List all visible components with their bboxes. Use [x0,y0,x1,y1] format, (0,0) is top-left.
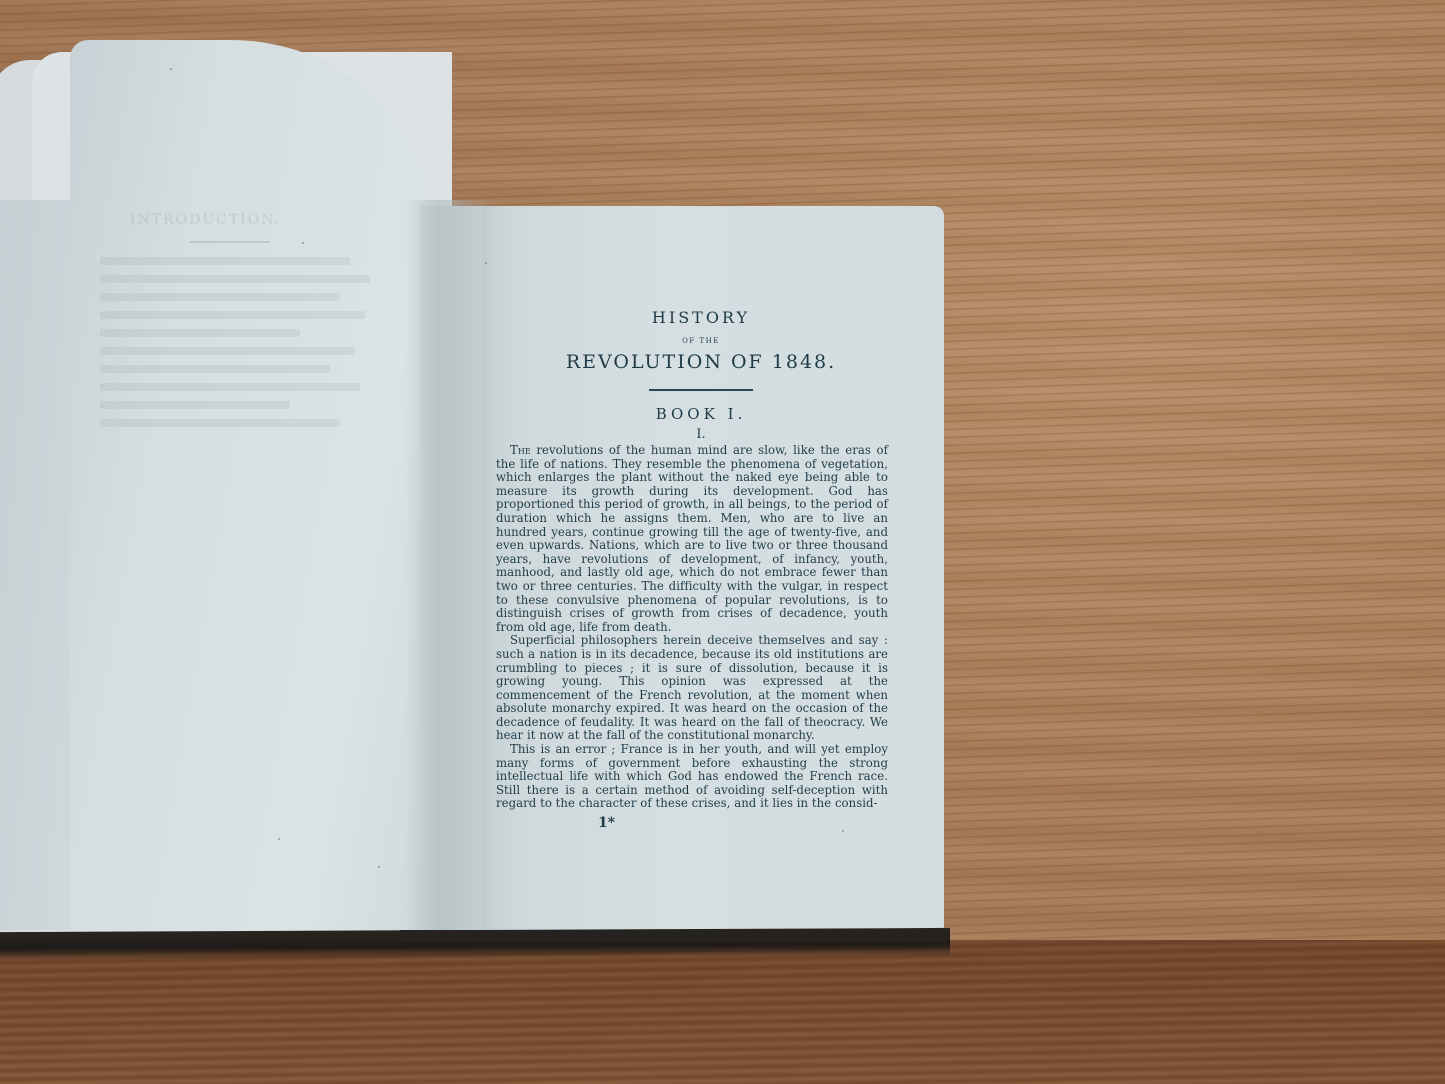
paragraph-1: The revolutions of the human mind are sl… [496,444,888,634]
title-main: REVOLUTION OF 1848. [514,351,888,373]
paper-speck [378,866,380,868]
ghost-heading: INTRODUCTION. [130,210,400,231]
paragraph-3: This is an error ; France is in her yout… [496,743,888,811]
ghost-line [100,329,300,337]
chapter-label: I. [514,427,888,442]
ghost-line [100,419,340,427]
right-page-content: HISTORY OF THE REVOLUTION OF 1848. BOOK … [496,308,888,831]
paper-speck [842,830,844,832]
page-folio: 1* [496,815,888,831]
ghost-line [100,347,355,355]
wood-table-surface [0,940,1445,1084]
title-connector: OF THE [514,337,888,345]
book-gutter-shadow [405,200,495,940]
ghost-line [100,383,360,391]
paragraph-2: Superficial philosophers herein deceive … [496,634,888,743]
paper-speck [302,242,304,244]
left-page-show-through-text: INTRODUCTION. [100,210,400,437]
paper-speck [278,838,280,840]
book-label: BOOK I. [514,405,888,423]
left-page-curled [70,40,430,930]
paper-speck [485,262,487,264]
ghost-line [100,293,340,301]
title-history: HISTORY [514,308,888,327]
ghost-line [100,257,350,265]
book-cover-edge [400,930,945,942]
ghost-line [100,275,370,283]
paragraph-text: revolutions of the human mind are slow, … [496,443,888,634]
ghost-line [100,401,290,409]
ghost-line [100,365,330,373]
title-divider [649,389,753,391]
ghost-line [100,311,365,319]
body-text: The revolutions of the human mind are sl… [496,444,888,811]
ghost-rule [190,241,270,243]
paragraph-lead: The [510,443,531,457]
paper-speck [170,68,172,70]
